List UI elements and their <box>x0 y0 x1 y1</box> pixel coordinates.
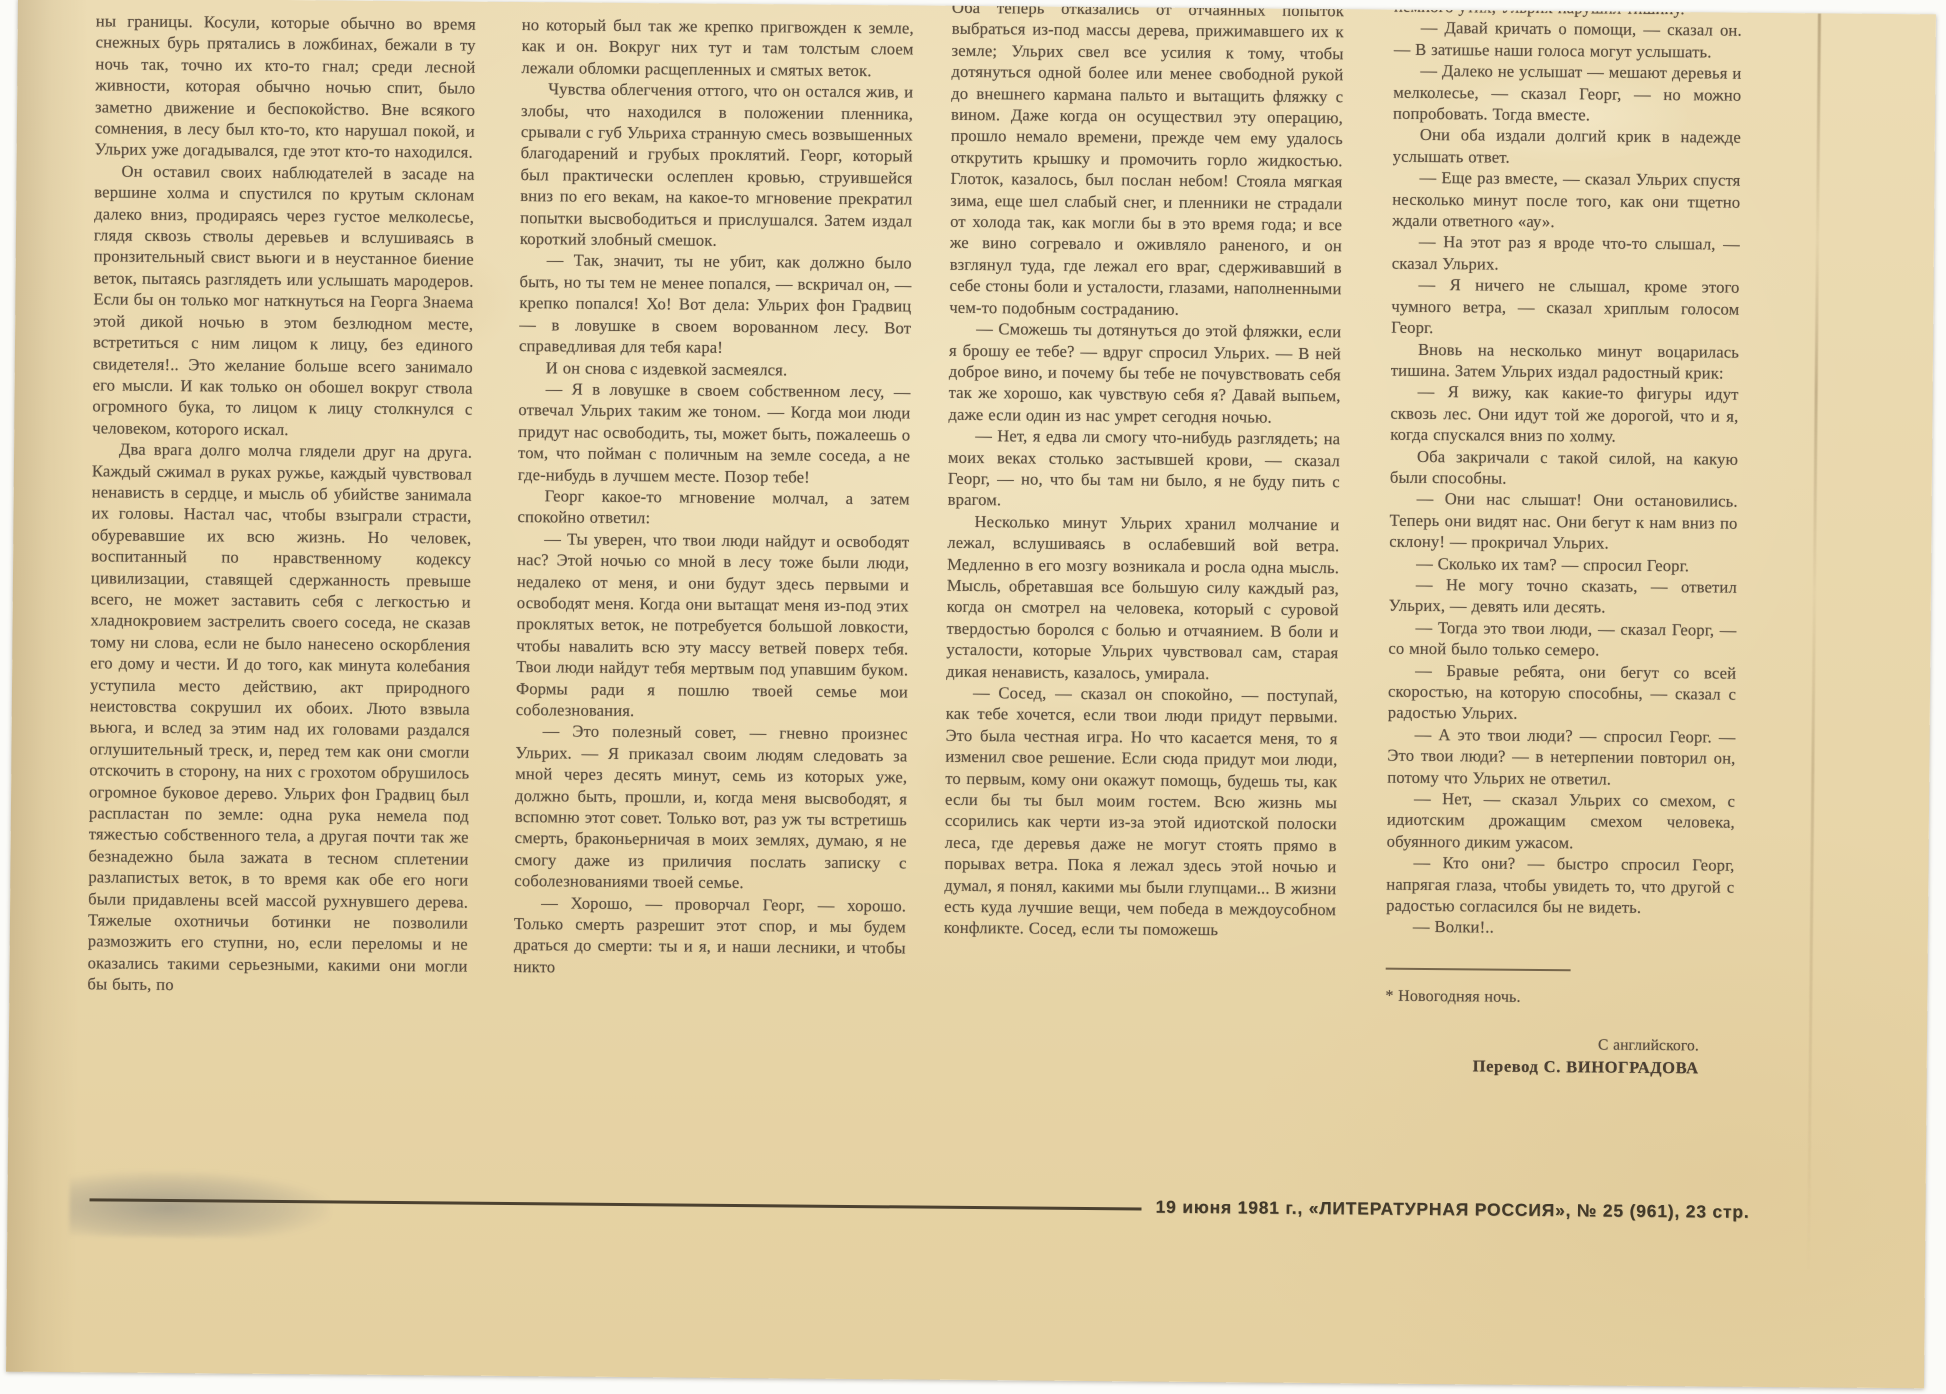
paragraph: — Волки!.. <box>1386 916 1734 940</box>
paragraph: — Я вижу, как какие-то фигуры идут сквоз… <box>1390 381 1739 448</box>
paragraph: Он оставил своих наблюдателей в засаде н… <box>92 160 474 442</box>
column-text: немного утих, Ульрих нарушил тишину.— Да… <box>1386 0 1742 941</box>
paragraph: — Сможешь ты дотянуться до этой фляжки, … <box>948 318 1341 428</box>
paragraph: — На этот раз я вроде что-то слышал, — с… <box>1392 231 1740 277</box>
newspaper-column-2: но который был так же крепко пригвожден … <box>512 14 914 1169</box>
paragraph: — Сколько их там? — спросил Георг. <box>1389 552 1737 576</box>
ink-smudge <box>69 1170 330 1238</box>
paragraph: — Давай кричать о помощи, — сказал он. —… <box>1394 17 1742 63</box>
paragraph: — Далеко не услышат — мешают деревья и м… <box>1393 60 1742 127</box>
footnote-block: * Новогодняя ночь. С английского. Перево… <box>1385 968 1734 1079</box>
paragraph: Несколько минут Ульрих хранил молчание и… <box>946 511 1339 686</box>
fold-crease <box>1807 13 1821 1273</box>
credit-source-language: С английского. <box>1385 1033 1699 1057</box>
paragraph: — А это твои люди? — спросил Георг. — Эт… <box>1387 723 1736 790</box>
column-text: но который был так же крепко пригвожден … <box>514 14 914 981</box>
paragraph: Оба закричали с такой силой, на какую бы… <box>1390 445 1738 491</box>
paragraph: — Нет, — сказал Ульрих со смехом, с идио… <box>1387 788 1736 855</box>
paragraph: Оба теперь отказались от отчаянных попыт… <box>949 0 1344 321</box>
scanned-newspaper-screenshot: { "document": { "publication_footer": "1… <box>0 0 1946 1394</box>
paragraph: — Я в ловушке в своем собственном лесу, … <box>518 378 911 488</box>
paragraph: — Они нас слышат! Они остановились. Тепе… <box>1389 488 1738 555</box>
translation-credit: С английского. Перевод С. ВИНОГРАДОВА <box>1385 1033 1733 1079</box>
paragraph: — Сосед, — сказал он спокойно, — поступа… <box>944 682 1338 942</box>
paragraph: Георг какое-то мгновение молчал, а затем… <box>517 485 909 531</box>
column-text: Оба теперь отказались от отчаянных попыт… <box>944 0 1344 942</box>
paragraph: Чувства облегчения оттого, что он осталс… <box>520 78 913 253</box>
paragraph: — Нет, я едва ли смогу что-нибудь разгля… <box>948 425 1341 514</box>
column-text: ны границы. Косули, которые обычно во вр… <box>87 10 476 998</box>
publication-footer: 19 июня 1981 г., «ЛИТЕРАТУРНАЯ РОССИЯ», … <box>1155 1197 1749 1223</box>
paragraph: — Кто они? — быстро спросил Георг, напря… <box>1386 852 1735 919</box>
paragraph: — Еще раз вместе, — сказал Ульрих спустя… <box>1392 167 1741 234</box>
paragraph: но который был так же крепко пригвожден … <box>521 14 914 82</box>
paragraph: Вновь на несколько минут воцарилась тиши… <box>1391 338 1739 384</box>
paragraph: — Ты уверен, что твои люди найдут и осво… <box>516 528 910 724</box>
paragraph: Они оба издали долгий крик в надежде усл… <box>1393 124 1741 170</box>
newspaper-column-3: Оба теперь отказались от отчаянных попыт… <box>942 0 1344 1176</box>
paragraph: — Тогда это твои люди, — сказал Георг, —… <box>1388 616 1736 662</box>
paragraph: Два врага долго молча глядели друг на др… <box>87 438 472 998</box>
paragraph: — Хорошо, — проворчал Георг, — хорошо. Т… <box>514 892 907 981</box>
paragraph: — Это полезный совет, — гневно произнес … <box>514 720 907 895</box>
paragraph: — Не могу точно сказать, — ответил Ульри… <box>1389 574 1737 620</box>
credit-translator: Перевод С. ВИНОГРАДОВА <box>1385 1054 1699 1078</box>
newspaper-column-4: немного утих, Ульрих нарушил тишину.— Да… <box>1384 0 1742 1184</box>
newspaper-column-1: ны границы. Косули, которые обычно во вр… <box>86 10 476 1165</box>
footnote-rule <box>1386 968 1571 972</box>
paragraph: — Бравые ребята, они бегут со всей скоро… <box>1388 659 1737 726</box>
paragraph: — Я ничего не слышал, кроме этого чумног… <box>1391 274 1740 341</box>
paragraph: ны границы. Косули, которые обычно во вр… <box>95 10 476 163</box>
newspaper-page: ны границы. Косули, которые обычно во вр… <box>6 0 1936 1388</box>
paragraph: — Так, значит, ты не убит, как должно бы… <box>519 250 912 360</box>
footnote: * Новогодняя ночь. <box>1385 986 1733 1010</box>
